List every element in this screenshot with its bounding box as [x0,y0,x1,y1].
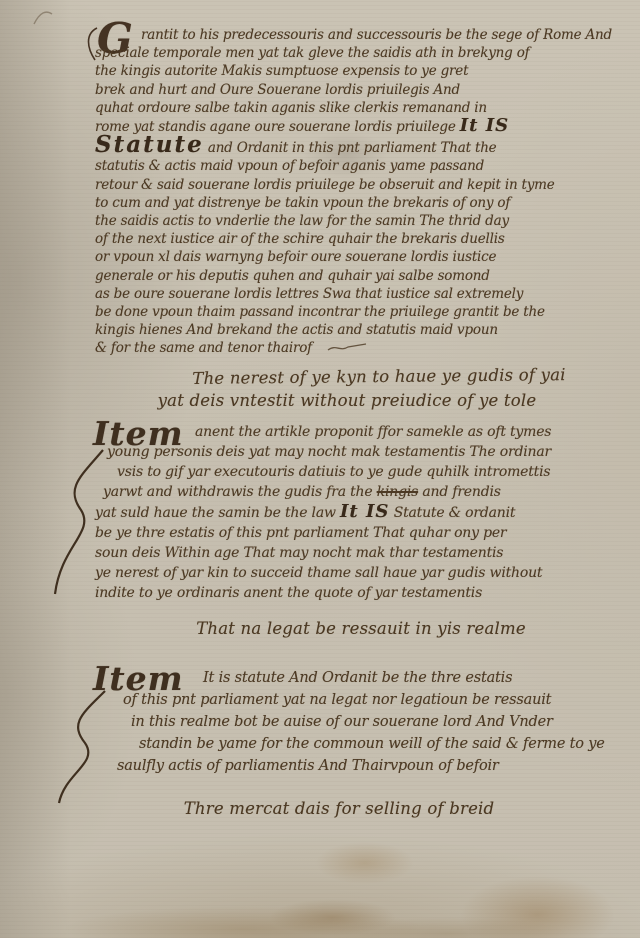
emphasis-it-is: It IS [340,501,389,522]
act-heading-market-days-bread: Thre mercat dais for selling of breid [81,797,597,821]
manuscript-line: speciale temporale men yat tak gleve the… [95,44,611,62]
line-text: & for the same and tenor thairof [95,340,312,356]
emphasis-it-is: It IS [460,115,509,136]
manuscript-line: It is statute And Ordanit be the thre es… [95,667,611,689]
manuscript-line: anent the artikle proponit ffor samekle … [95,422,611,442]
act-heading-no-legate: That na legat be ressauit in yis realme [103,617,619,641]
manuscript-page: G rantit to his predecessouris and succe… [0,0,640,938]
act-heading-nearest-of-kin-line2: yat deis vntestit without preiudice of y… [89,389,605,413]
manuscript-line: rantit to his predecessouris and success… [95,26,611,44]
manuscript-line: Statute and Ordanit in this pnt parliame… [95,136,611,157]
manuscript-line: of this pnt parliament yat na legat nor … [95,689,611,711]
manuscript-line: quhat ordoure salbe takin aganis slike c… [95,99,611,117]
manuscript-line: & for the same and tenor thairof [95,339,611,357]
line-text: and frendis [422,484,500,500]
manuscript-line: in this realme bot be auise of our souer… [95,711,611,733]
manuscript-line: yat suld haue the samin be the law It IS… [95,502,611,523]
manuscript-line: or vpoun xl dais warnyng befoir oure sou… [95,248,611,266]
line-end-flourish-icon [326,342,368,354]
manuscript-line: kingis hienes And brekand the actis and … [95,321,611,339]
manuscript-line: retour & said souerane lordis priuilege … [95,176,611,194]
manuscript-line: yarwt and withdrawis the gudis fra the k… [95,482,611,502]
act-heading-nearest-of-kin-line1: The nerest of ye kyn to haue ye gudis of… [121,362,637,391]
manuscript-line: the kingis autorite Makis sumptuose expe… [95,62,611,80]
line-text: Statute & ordanit [394,505,516,521]
manuscript-line: be ye thre estatis of this pnt parliamen… [95,523,611,543]
manuscript-line: saulfly actis of parliamentis And Thairv… [95,755,611,777]
act-paragraph-legate: Item It is statute And Ordanit be the th… [95,667,611,777]
manuscript-line: vsis to gif yar executouris datiuis to y… [95,462,611,482]
manuscript-line: brek and hurt and Oure Souerane lordis p… [95,81,611,99]
manuscript-line: generale or his deputis quhen and quhair… [95,267,611,285]
margin-pen-mark-icon [30,8,56,28]
manuscript-line: indite to ye ordinaris anent the quote o… [95,583,611,603]
struck-out-word: kingis [377,484,418,500]
line-text: and Ordanit in this pnt parliament That … [208,140,497,156]
manuscript-line: young personis deis yat may nocht mak te… [95,442,611,462]
manuscript-line: to cum and yat distrenye be takin vpoun … [95,194,611,212]
line-text: yat suld haue the samin be the law [95,505,336,521]
manuscript-line: standin be yame for the commoun weill of… [95,733,611,755]
manuscript-line: as be oure souerane lordis lettres Swa t… [95,285,611,303]
act-paragraph-intestate-goods: Item anent the artikle proponit ffor sam… [95,422,611,603]
line-text: yarwt and withdrawis the gudis fra the [103,484,372,500]
manuscript-line: statutis & actis maid vpoun of befoir ag… [95,157,611,175]
manuscript-line: the saidis actis to vnderlie the law for… [95,212,611,230]
emphasis-statute: Statute [95,131,204,158]
text-block: G rantit to his predecessouris and succe… [95,26,611,821]
manuscript-line: ye nerest of yar kin to succeid thame sa… [95,563,611,583]
manuscript-line: be done vpoun thaim passand incontrar th… [95,303,611,321]
act-paragraph-privileges: G rantit to his predecessouris and succe… [95,26,611,358]
manuscript-line: of the next iustice air of the schire qu… [95,230,611,248]
manuscript-line: soun deis Within age That may nocht mak … [95,543,611,563]
